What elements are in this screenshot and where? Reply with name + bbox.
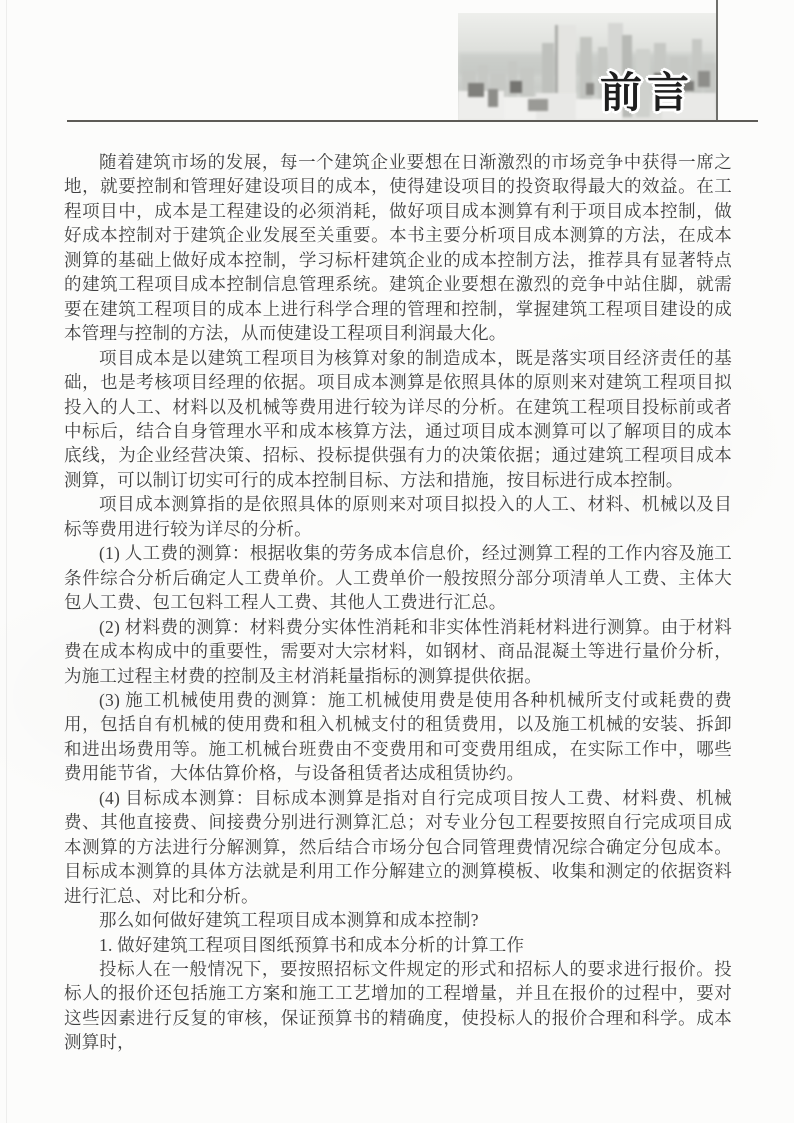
header-divider-rule	[67, 120, 758, 122]
paragraph-intro-1: 随着建筑市场的发展，每一个建筑企业要想在日渐激烈的市场竞争中获得一席之地，就要控…	[64, 150, 732, 346]
page-title: 前言	[600, 72, 694, 114]
scan-edge-artifact	[6, 0, 7, 1123]
city-skyline-image: 前言	[458, 13, 716, 120]
preface-body: 随着建筑市场的发展，每一个建筑企业要想在日渐激烈的市场竞争中获得一席之地，就要控…	[64, 150, 732, 1055]
paragraph-item-3-machinery: (3) 施工机械使用费的测算：施工机械使用费是使用各种机械所支付或耗费的费用，包…	[64, 688, 732, 786]
paragraph-step-1-heading: 1. 做好建筑工程项目图纸预算书和成本分析的计算工作	[64, 933, 732, 957]
book-preface-page: 前言 随着建筑市场的发展，每一个建筑企业要想在日渐激烈的市场竞争中获得一席之地，…	[0, 0, 794, 1123]
paragraph-question: 那么如何做好建筑工程项目成本测算和成本控制?	[64, 908, 732, 932]
paragraph-item-4-target: (4) 目标成本测算：目标成本测算是指对自行完成项目按人工费、材料费、机械费、其…	[64, 786, 732, 908]
paragraph-intro-2: 项目成本是以建筑工程项目为核算对象的制造成本，既是落实项目经济责任的基础，也是考…	[64, 346, 732, 493]
paragraph-definition: 项目成本测算指的是依照具体的原则来对项目拟投入的人工、材料、机械以及目标等费用进…	[64, 492, 732, 541]
paragraph-bidding: 投标人在一般情况下，要按照招标文件规定的形式和招标人的要求进行报价。投标人的报价…	[64, 957, 732, 1055]
paragraph-item-2-material: (2) 材料费的测算：材料费分实体性消耗和非实体性消耗材料进行测算。由于材料费在…	[64, 615, 732, 688]
header-vertical-rule	[716, 0, 718, 121]
paragraph-item-1-labor: (1) 人工费的测算：根据收集的劳务成本信息价，经过测算工程的工作内容及施工条件…	[64, 541, 732, 614]
